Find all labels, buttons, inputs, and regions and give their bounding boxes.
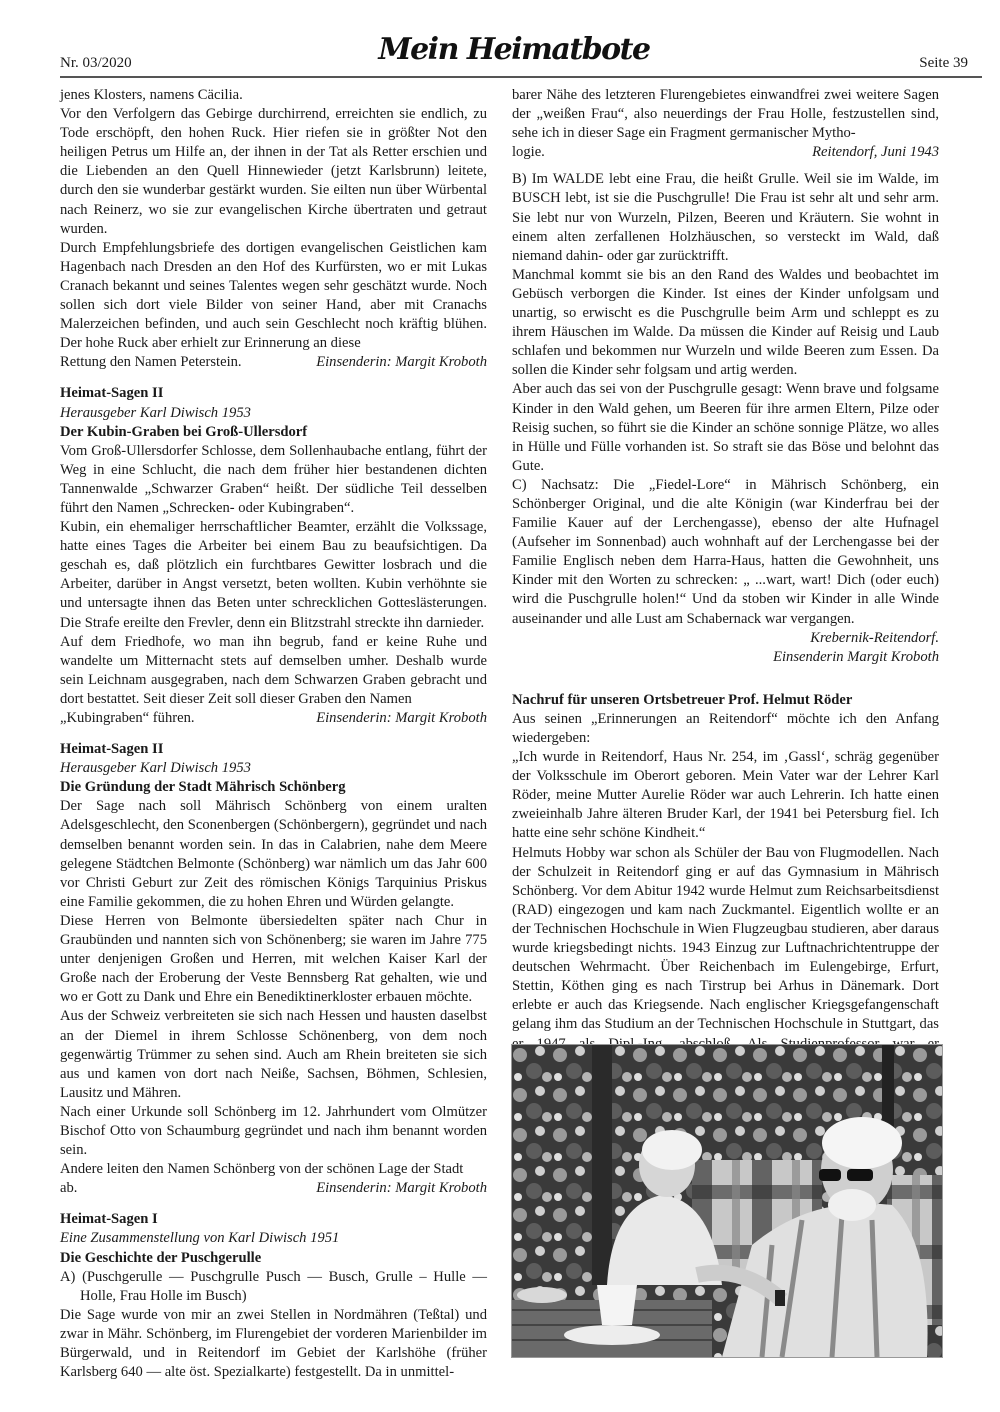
paragraph-end: logie. bbox=[512, 143, 545, 162]
article-title: Der Kubin-Graben bei Groß-Ullersdorf bbox=[60, 423, 487, 442]
signature: Einsenderin: Margit Kroboth bbox=[316, 1179, 487, 1198]
paragraph: Vom Groß-Ullersdorfer Schlosse, dem Soll… bbox=[60, 442, 487, 518]
paragraph: Manchmal kommt sie bis an den Rand des W… bbox=[512, 266, 939, 381]
article-title: Nachruf für unseren Ortsbetreuer Prof. H… bbox=[512, 691, 939, 710]
editor-line: Herausgeber Karl Diwisch 1953 bbox=[60, 759, 487, 778]
header-rule bbox=[60, 76, 982, 78]
place-date: Reitendorf, Juni 1943 bbox=[812, 143, 939, 162]
paragraph-b: B) Im WALDE lebt eine Frau, die heißt Gr… bbox=[512, 170, 939, 265]
paragraph-c: C) Nachsatz: Die „Fiedel-Lore“ in Mähris… bbox=[512, 476, 939, 629]
article-puschgerulle-continuation: barer Nähe des letzteren Flurengebietes … bbox=[512, 86, 939, 667]
article-title: Die Geschichte der Puschgerulle bbox=[60, 1249, 487, 1268]
paragraph-end: Rettung den Namen Peterstein. bbox=[60, 353, 242, 372]
photo-image bbox=[512, 1045, 942, 1357]
paragraph: Durch Empfehlungsbriefe des dortigen eva… bbox=[60, 239, 487, 354]
signature: Einsenderin: Margit Kroboth bbox=[316, 709, 487, 728]
editor-line: Herausgeber Karl Diwisch 1953 bbox=[60, 404, 487, 423]
page-header: Nr. 03/2020 Mein Heimatbote Seite 39 bbox=[60, 40, 968, 74]
paragraph-end: ab. bbox=[60, 1179, 77, 1198]
paragraph: Kubin, ein ehemaliger herrschaftlicher B… bbox=[60, 518, 487, 633]
issue-number: Nr. 03/2020 bbox=[60, 55, 132, 72]
paragraph: Auf dem Friedhofe, wo man ihn begrub, fa… bbox=[60, 633, 487, 709]
paragraph: Diese Herren von Belmonte übersiedelten … bbox=[60, 912, 487, 1007]
article-obituary: Nachruf für unseren Ortsbetreuer Prof. H… bbox=[512, 691, 939, 1092]
paragraph-quote: „Ich wurde in Reitendorf, Haus Nr. 254, … bbox=[512, 748, 939, 843]
article-title: Die Gründung der Stadt Mährisch Schönber… bbox=[60, 778, 487, 797]
series-heading: Heimat-Sagen I bbox=[60, 1210, 487, 1229]
page-number: Seite 39 bbox=[919, 55, 968, 72]
right-column: barer Nähe des letzteren Flurengebietes … bbox=[512, 86, 939, 1092]
obituary-photo bbox=[511, 1044, 943, 1358]
article-gruendung-schoenberg: Heimat-Sagen II Herausgeber Karl Diwisch… bbox=[60, 740, 487, 1198]
paragraph: Aus seinen „Erinnerungen an Reitendorf“ … bbox=[512, 710, 939, 748]
signature-row: „Kubingraben“ führen. Einsenderin: Margi… bbox=[60, 709, 487, 728]
paragraph: Andere leiten den Namen Schönberg von de… bbox=[60, 1160, 487, 1179]
paragraph: Aus der Schweiz verbreiteten sie sich na… bbox=[60, 1007, 487, 1102]
signature-row: Rettung den Namen Peterstein. Einsenderi… bbox=[60, 353, 487, 372]
paragraph: Vor den Verfolgern das Gebirge durchirre… bbox=[60, 105, 487, 239]
article-intro-continuation: jenes Klosters, namens Cäcilia. Vor den … bbox=[60, 86, 487, 372]
signature-row: ab. Einsenderin: Margit Kroboth bbox=[60, 1179, 487, 1198]
signature-row: logie. Reitendorf, Juni 1943 bbox=[512, 143, 939, 162]
paragraph-a: A) (Puschgerulle — Puschgrulle Pusch — B… bbox=[60, 1268, 487, 1306]
signature: Einsenderin: Margit Kroboth bbox=[316, 353, 487, 372]
series-heading: Heimat-Sagen II bbox=[60, 384, 487, 403]
signature: Einsenderin Margit Kroboth bbox=[512, 648, 939, 667]
editor-line: Eine Zusammenstellung von Karl Diwisch 1… bbox=[60, 1229, 487, 1248]
series-heading: Heimat-Sagen II bbox=[60, 740, 487, 759]
article-kubin-graben: Heimat-Sagen II Herausgeber Karl Diwisch… bbox=[60, 384, 487, 728]
paragraph: Nach einer Urkunde soll Schönberg im 12.… bbox=[60, 1103, 487, 1160]
paragraph: Aber auch das sei von der Puschgrulle ge… bbox=[512, 380, 939, 475]
left-column: jenes Klosters, namens Cäcilia. Vor den … bbox=[60, 86, 487, 1382]
article-puschgerulle: Heimat-Sagen I Eine Zusammenstellung von… bbox=[60, 1210, 487, 1382]
masthead-logo: Mein Heimatbote bbox=[378, 32, 649, 67]
paragraph: barer Nähe des letzteren Flurengebietes … bbox=[512, 86, 939, 143]
paragraph-end: „Kubingraben“ führen. bbox=[60, 709, 195, 728]
paragraph: jenes Klosters, namens Cäcilia. bbox=[60, 86, 487, 105]
paragraph: Die Sage wurde von mir an zwei Stellen i… bbox=[60, 1306, 487, 1382]
paragraph: Der Sage nach soll Mährisch Schönberg vo… bbox=[60, 797, 487, 912]
origin: Krebernik-Reitendorf. bbox=[512, 629, 939, 648]
